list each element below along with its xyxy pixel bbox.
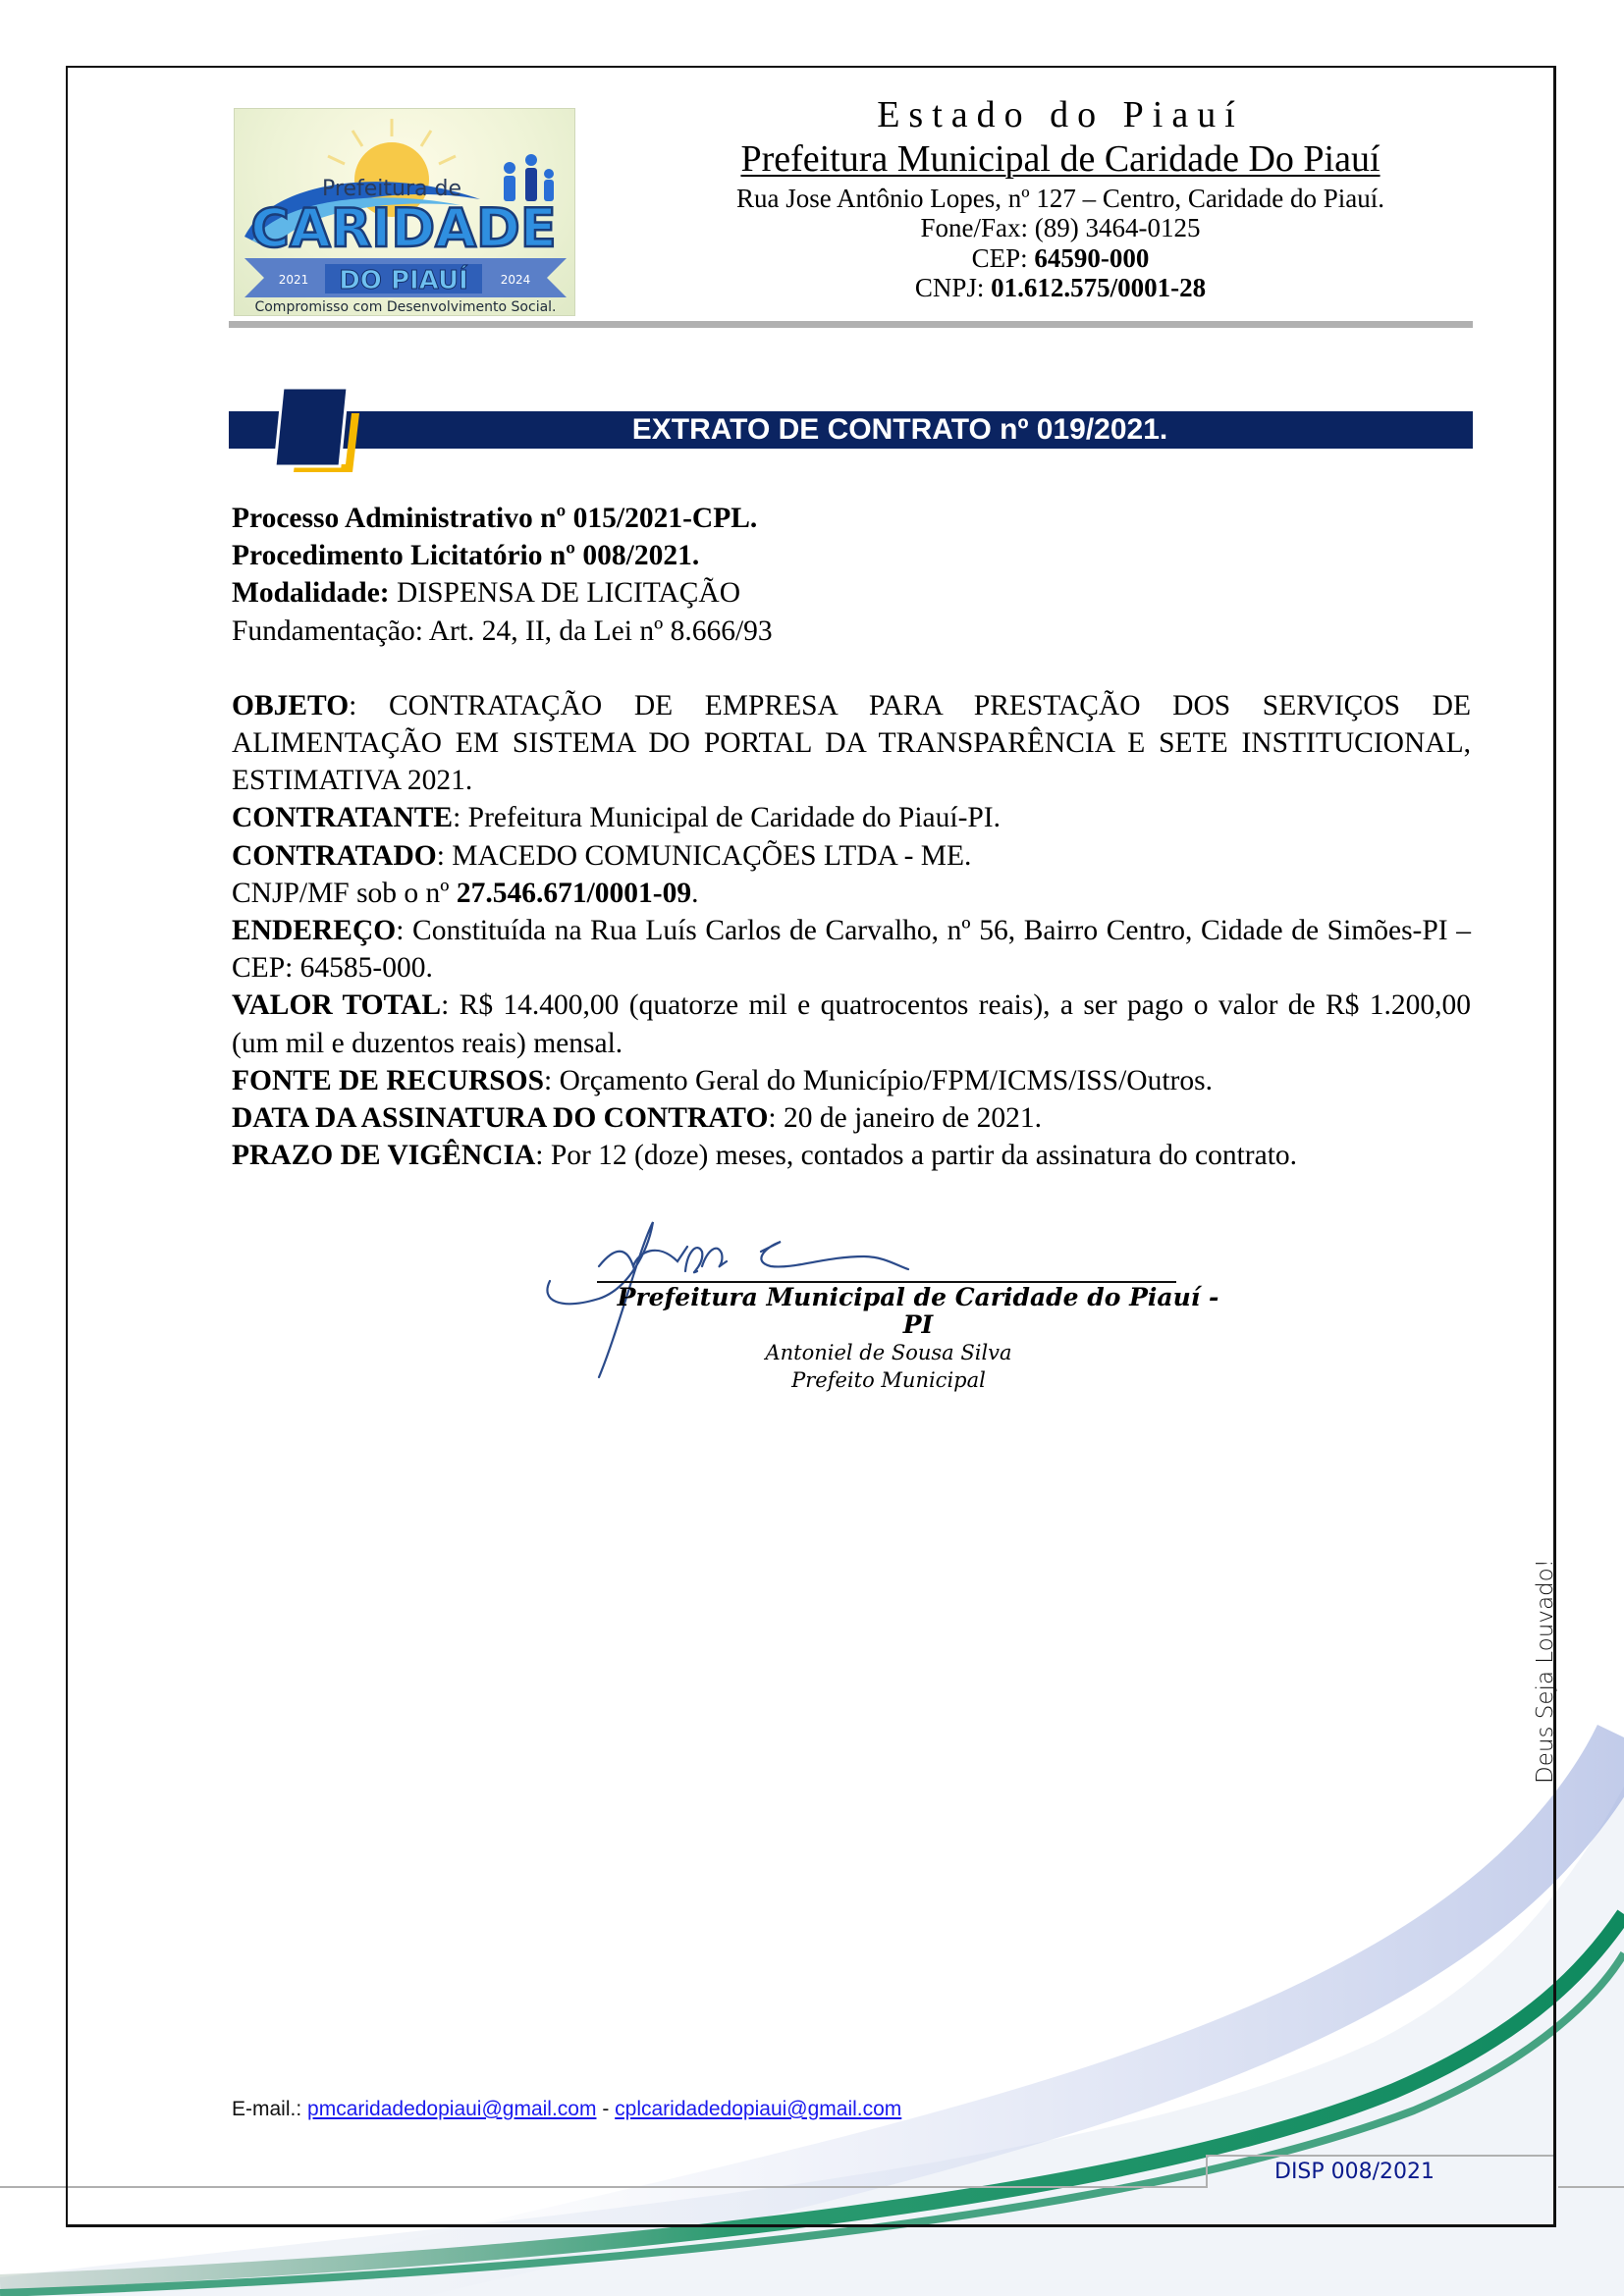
admin-process: Processo Administrativo nº 015/2021-CPL. bbox=[232, 500, 1471, 537]
email-link-pm[interactable]: pmcaridadedopiaui@gmail.com bbox=[307, 2098, 596, 2120]
document-code: DISP 008/2021 bbox=[1274, 2160, 1435, 2184]
cnpj: CNPJ: 01.612.575/0001-28 bbox=[628, 273, 1492, 302]
footer-code-box-top bbox=[1206, 2155, 1556, 2157]
letterhead: Estado do Piauí Prefeitura Municipal de … bbox=[628, 94, 1492, 302]
contract-body: Processo Administrativo nº 015/2021-CPL.… bbox=[232, 500, 1471, 1174]
clause-cnpj: CNJP/MF sob o nº 27.546.671/0001-09. bbox=[232, 875, 1471, 912]
state-name: Estado do Piauí bbox=[628, 94, 1492, 136]
family-icon bbox=[504, 154, 554, 201]
footer-divider bbox=[0, 2186, 1207, 2188]
footer-divider-step bbox=[1206, 2155, 1208, 2188]
clause-endereco: ENDEREÇO: Constituída na Rua Luís Carlos… bbox=[232, 912, 1471, 987]
footer-emails: E-mail.: pmcaridadedopiaui@gmail.com - c… bbox=[232, 2098, 901, 2121]
cep: CEP: 64590-000 bbox=[628, 243, 1492, 273]
svg-text:CARIDADE: CARIDADE bbox=[250, 197, 556, 259]
phone: Fone/Fax: (89) 3464-0125 bbox=[628, 213, 1492, 242]
footer-divider-right bbox=[1558, 2186, 1624, 2188]
clause-data-assinatura: DATA DA ASSINATURA DO CONTRATO: 20 de ja… bbox=[232, 1099, 1471, 1137]
cep-value: 64590-000 bbox=[1034, 243, 1149, 273]
clause-valor-total: VALOR TOTAL: R$ 14.400,00 (quatorze mil … bbox=[232, 987, 1471, 1061]
cnpj-label: CNPJ: bbox=[915, 273, 991, 302]
cep-label: CEP: bbox=[972, 243, 1035, 273]
svg-text:2021: 2021 bbox=[279, 273, 309, 287]
city-logo: Prefeitura de CARIDADE DO PIAUÍ 2021 202… bbox=[234, 108, 575, 316]
clause-contratado: CONTRATADO: MACEDO COMUNICAÇÕES LTDA - M… bbox=[232, 837, 1471, 875]
signer-organization: Prefeitura Municipal de Caridade do Piau… bbox=[550, 1284, 1227, 1339]
cnpj-value: 01.612.575/0001-28 bbox=[991, 273, 1206, 302]
bidding-procedure: Procedimento Licitatório nº 008/2021. bbox=[232, 537, 1471, 574]
svg-text:Compromisso com Desenvolviment: Compromisso com Desenvolvimento Social. bbox=[254, 299, 556, 315]
address: Rua Jose Antônio Lopes, nº 127 – Centro,… bbox=[628, 184, 1492, 213]
clause-fonte-recursos: FONTE DE RECURSOS: Orçamento Geral do Mu… bbox=[232, 1062, 1471, 1099]
title-bar: EXTRATO DE CONTRATO nº 019/2021. bbox=[229, 411, 1473, 449]
clause-prazo-vigencia: PRAZO DE VIGÊNCIA: Por 12 (doze) meses, … bbox=[232, 1137, 1471, 1174]
modality: Modalidade: DISPENSA DE LICITAÇÃO bbox=[232, 574, 1471, 612]
logo-graphic: Prefeitura de CARIDADE DO PIAUÍ 2021 202… bbox=[235, 109, 575, 316]
email-label: E-mail.: bbox=[232, 2098, 307, 2120]
clause-contratante: CONTRATANTE: Prefeitura Municipal de Car… bbox=[232, 799, 1471, 836]
title-emblem-icon bbox=[265, 380, 363, 473]
header-divider bbox=[229, 321, 1473, 328]
vertical-tagline: Deus Seja Louvado! bbox=[1533, 1559, 1558, 1784]
document-title: EXTRATO DE CONTRATO nº 019/2021. bbox=[229, 411, 1473, 449]
email-separator: - bbox=[596, 2098, 615, 2120]
city-hall-name: Prefeitura Municipal de Caridade Do Piau… bbox=[628, 138, 1492, 181]
legal-basis: Fundamentação: Art. 24, II, da Lei nº 8.… bbox=[232, 613, 1471, 650]
signer-name: Antoniel de Sousa Silva bbox=[550, 1339, 1227, 1366]
clause-objeto: OBJETO: CONTRATAÇÃO DE EMPRESA PARA PRES… bbox=[232, 687, 1471, 800]
background-swoosh-graphic bbox=[0, 1669, 1624, 2296]
email-link-cpl[interactable]: cplcaridadedopiaui@gmail.com bbox=[615, 2098, 901, 2120]
svg-text:2024: 2024 bbox=[501, 273, 531, 287]
svg-text:DO PIAUÍ: DO PIAUÍ bbox=[339, 264, 468, 295]
signature-block: Prefeitura Municipal de Caridade do Piau… bbox=[550, 1284, 1227, 1394]
signer-role: Prefeito Municipal bbox=[550, 1366, 1227, 1394]
